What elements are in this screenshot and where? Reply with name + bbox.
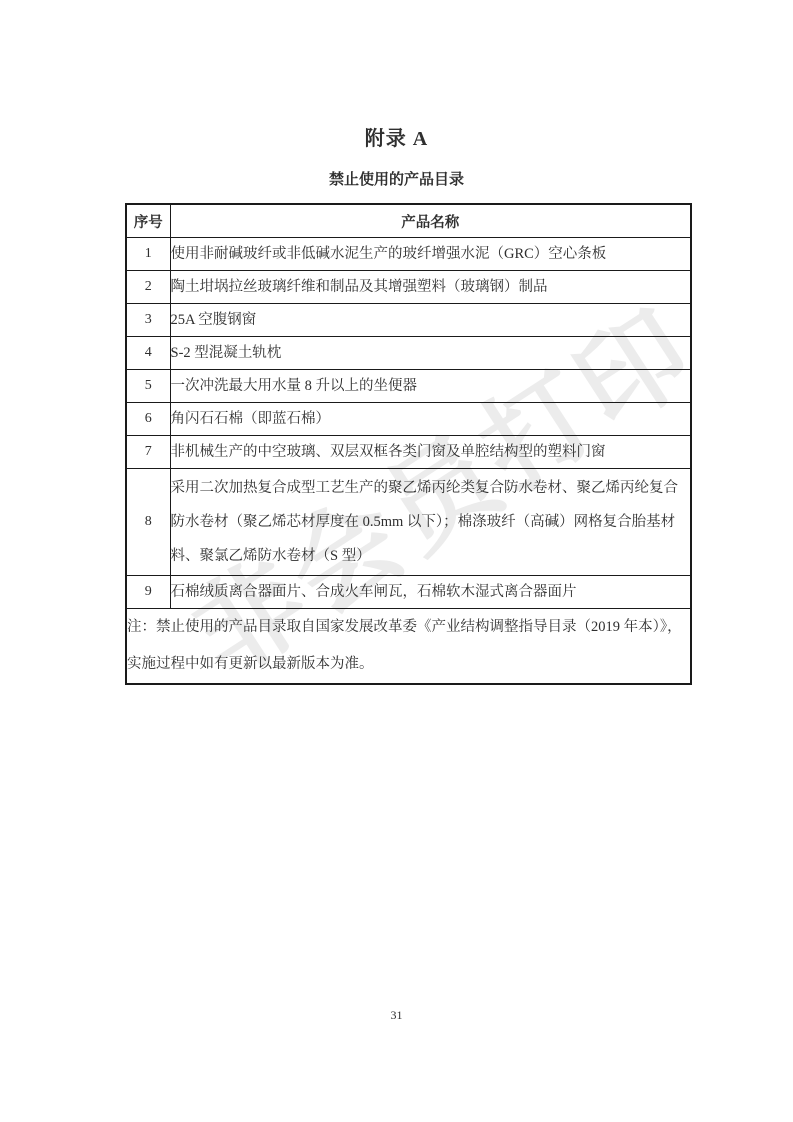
table-header-row: 序号 产品名称 (126, 204, 691, 238)
product-name: 陶土坩埚拉丝玻璃纤维和制品及其增强塑料（玻璃钢）制品 (170, 271, 691, 304)
row-number: 1 (126, 238, 170, 271)
row-number: 2 (126, 271, 170, 304)
col-header-name: 产品名称 (170, 204, 691, 238)
row-number: 3 (126, 304, 170, 337)
product-name: 一次冲洗最大用水量 8 升以上的坐便器 (170, 370, 691, 403)
product-name: 使用非耐碱玻纤或非低碱水泥生产的玻纤增强水泥（GRC）空心条板 (170, 238, 691, 271)
row-number: 7 (126, 436, 170, 469)
row-number: 9 (126, 576, 170, 609)
page-subtitle: 禁止使用的产品目录 (0, 168, 793, 189)
table-row: 4 S-2 型混凝土轨枕 (126, 337, 691, 370)
prohibited-products-table: 序号 产品名称 1 使用非耐碱玻纤或非低碱水泥生产的玻纤增强水泥（GRC）空心条… (125, 203, 692, 685)
product-name: 采用二次加热复合成型工艺生产的聚乙烯丙纶类复合防水卷材、聚乙烯丙纶复合防水卷材（… (170, 469, 691, 576)
table-note-row: 注：禁止使用的产品目录取自国家发展改革委《产业结构调整指导目录（2019 年本）… (126, 609, 691, 685)
product-name: 25A 空腹钢窗 (170, 304, 691, 337)
table-row: 5 一次冲洗最大用水量 8 升以上的坐便器 (126, 370, 691, 403)
row-number: 6 (126, 403, 170, 436)
table-row: 9 石棉绒质离合器面片、合成火车闸瓦，石棉软木湿式离合器面片 (126, 576, 691, 609)
product-name: 石棉绒质离合器面片、合成火车闸瓦，石棉软木湿式离合器面片 (170, 576, 691, 609)
col-header-no: 序号 (126, 204, 170, 238)
row-number: 8 (126, 469, 170, 576)
table-row: 3 25A 空腹钢窗 (126, 304, 691, 337)
product-name: 非机械生产的中空玻璃、双层双框各类门窗及单腔结构型的塑料门窗 (170, 436, 691, 469)
table-row: 8 采用二次加热复合成型工艺生产的聚乙烯丙纶类复合防水卷材、聚乙烯丙纶复合防水卷… (126, 469, 691, 576)
product-name: S-2 型混凝土轨枕 (170, 337, 691, 370)
page-number: 31 (0, 1008, 793, 1023)
table-note: 注：禁止使用的产品目录取自国家发展改革委《产业结构调整指导目录（2019 年本）… (126, 609, 691, 685)
row-number: 4 (126, 337, 170, 370)
table-row: 2 陶土坩埚拉丝玻璃纤维和制品及其增强塑料（玻璃钢）制品 (126, 271, 691, 304)
document-page: 非会员打印 附录 A 禁止使用的产品目录 序号 产品名称 1 使用非耐碱玻纤或非… (0, 0, 793, 1122)
page-title: 附录 A (0, 122, 793, 151)
table-row: 1 使用非耐碱玻纤或非低碱水泥生产的玻纤增强水泥（GRC）空心条板 (126, 238, 691, 271)
table-row: 6 角闪石石棉（即蓝石棉） (126, 403, 691, 436)
product-name: 角闪石石棉（即蓝石棉） (170, 403, 691, 436)
table-row: 7 非机械生产的中空玻璃、双层双框各类门窗及单腔结构型的塑料门窗 (126, 436, 691, 469)
row-number: 5 (126, 370, 170, 403)
